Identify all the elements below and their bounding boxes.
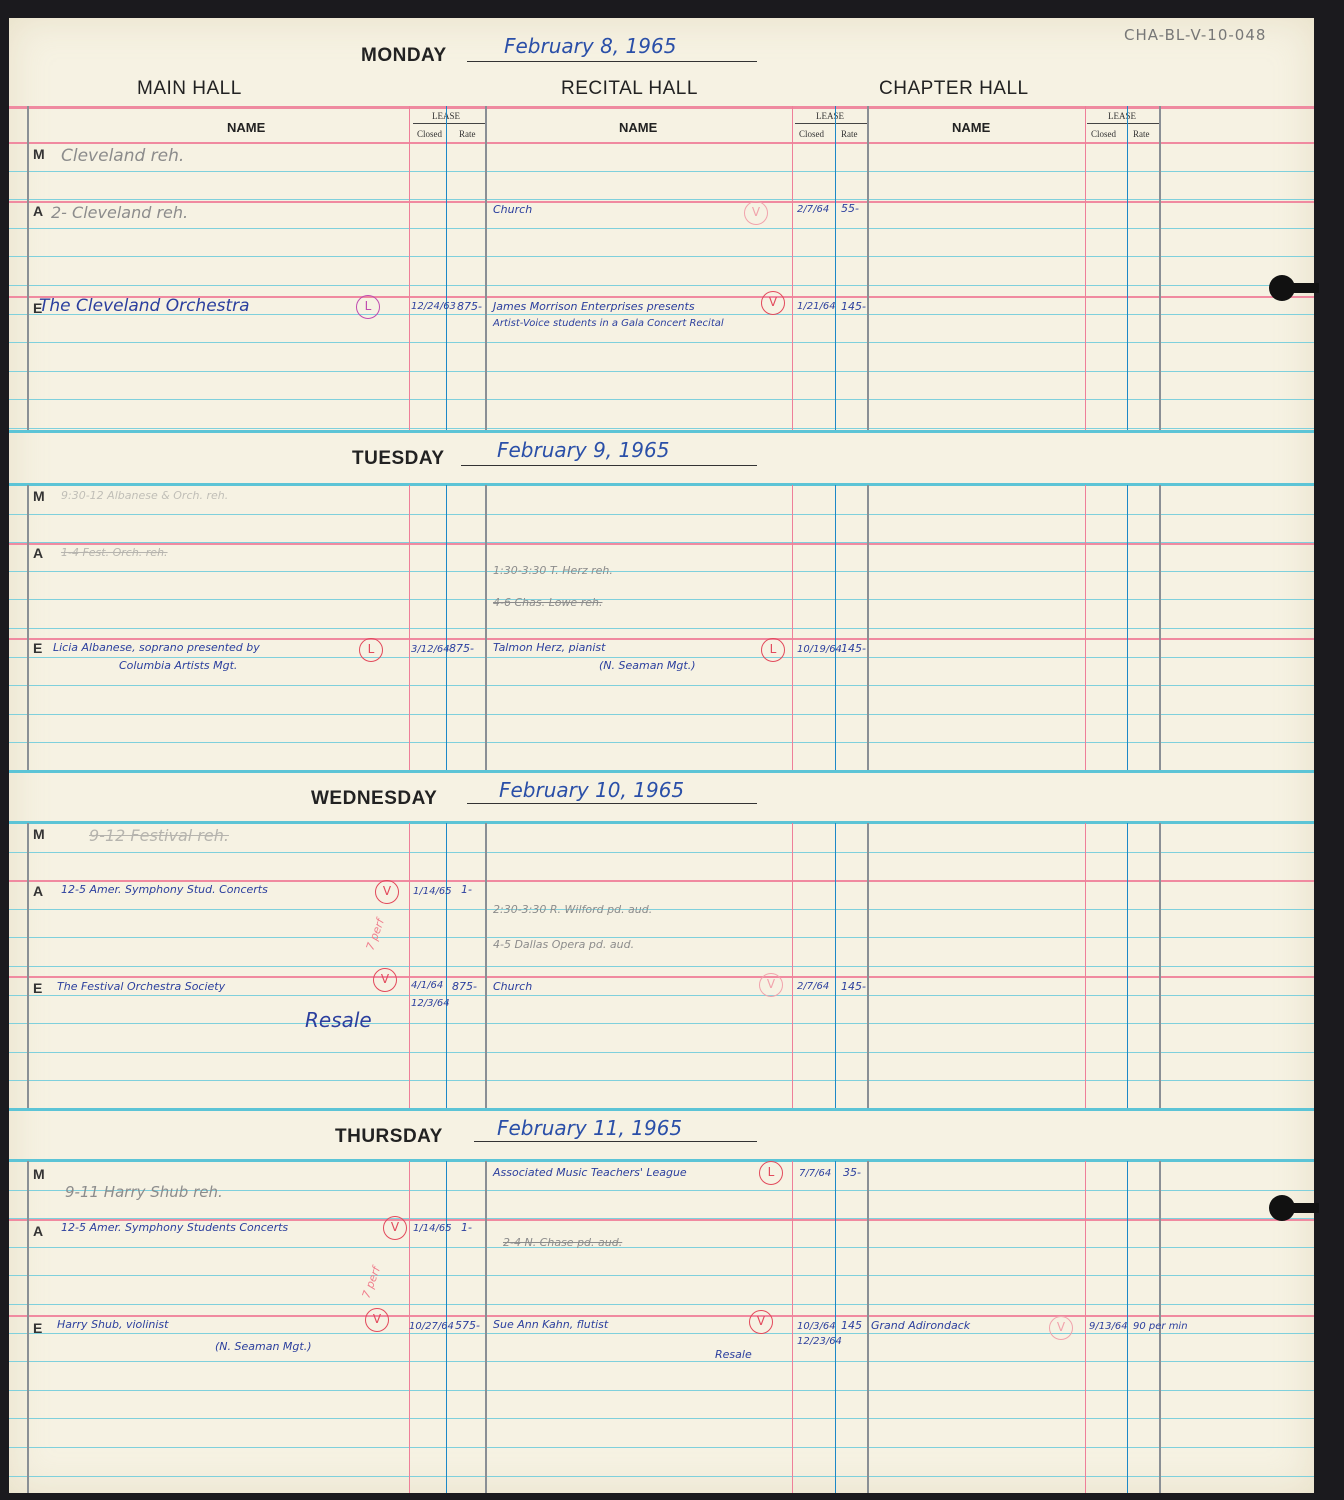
date-rule xyxy=(461,465,757,466)
lease-rule xyxy=(795,123,869,124)
entry-wed-recital-e: Church xyxy=(493,980,532,993)
rate-head-main: Rate xyxy=(459,129,476,139)
rule-line xyxy=(9,571,1314,572)
slot-letter-e: E xyxy=(33,1320,42,1336)
date-monday: February 8, 1965 xyxy=(504,34,676,58)
closed2-thu-recital-e: 12/23/64 xyxy=(797,1336,842,1347)
rule-line xyxy=(9,742,1314,743)
column-line xyxy=(792,1161,793,1493)
column-line xyxy=(446,823,447,1108)
column-line xyxy=(1085,106,1086,430)
check-mark-icon: V xyxy=(1049,1316,1073,1340)
slot-letter-a: A xyxy=(33,1223,43,1239)
rate-wed-recital-e: 145- xyxy=(841,980,866,993)
rule-line xyxy=(9,937,1314,938)
rule-line xyxy=(9,1108,1314,1111)
entry-thu-recital-e: Sue Ann Kahn, flutist xyxy=(493,1318,608,1331)
column-line xyxy=(409,823,410,1108)
column-line xyxy=(835,106,836,430)
rate-thu-chapter-e: 90 per min xyxy=(1133,1321,1188,1332)
rule-line xyxy=(9,1390,1314,1391)
rule-line xyxy=(9,514,1314,515)
column-line xyxy=(485,485,487,770)
column-line xyxy=(1127,823,1128,1108)
rate-mon-main-e: 875- xyxy=(457,300,482,313)
slot-letter-a: A xyxy=(33,883,43,899)
date-tuesday: February 9, 1965 xyxy=(497,438,669,462)
entry-wed-main-m: 9-12 Festival reh. xyxy=(89,826,229,845)
rule-line xyxy=(9,880,1314,882)
entry-thu-main-e-1: Harry Shub, violinist xyxy=(57,1318,168,1331)
entry-mon-main-e: The Cleveland Orchestra xyxy=(39,296,250,316)
column-line xyxy=(1127,485,1128,770)
closed-thu-recital-m: 7/7/64 xyxy=(799,1168,831,1179)
slot-letter-m: M xyxy=(33,488,45,504)
entry-thu-main-a: 12-5 Amer. Symphony Students Concerts xyxy=(61,1221,288,1234)
binder-notch xyxy=(1289,283,1319,293)
resale-note: Resale xyxy=(715,1348,752,1361)
closed-tue-recital-e: 10/19/64 xyxy=(797,644,842,655)
rule-line xyxy=(9,1080,1314,1081)
lease-head-chapter: LEASE xyxy=(1108,111,1136,121)
rule-line xyxy=(9,995,1314,996)
header-bottom-rule xyxy=(9,142,1314,144)
rate-wed-main-a: 1- xyxy=(461,883,472,896)
hall-title-main: MAIN HALL xyxy=(137,78,242,100)
column-line xyxy=(1085,1161,1086,1493)
rule-line xyxy=(9,483,1314,486)
check-mark-icon: V xyxy=(383,1216,407,1240)
check-mark-icon: V xyxy=(373,968,397,992)
rule-line xyxy=(9,199,1314,200)
rule-line xyxy=(9,1159,1314,1162)
rate-head-recital: Rate xyxy=(841,129,858,139)
hall-title-recital: RECITAL HALL xyxy=(561,78,698,100)
day-label-tuesday: TUESDAY xyxy=(352,448,445,470)
entry-mon-recital-e-1: James Morrison Enterprises presents xyxy=(493,300,695,313)
rule-line xyxy=(9,1315,1314,1317)
rule-line xyxy=(9,821,1314,824)
lease-head-recital: LEASE xyxy=(816,111,844,121)
day-label-thursday: THURSDAY xyxy=(335,1126,443,1148)
rule-line xyxy=(9,966,1314,967)
slot-letter-m: M xyxy=(33,826,45,842)
column-line xyxy=(792,106,793,430)
column-line xyxy=(835,823,836,1108)
slot-letter-m: M xyxy=(33,146,45,162)
check-mark-icon: V xyxy=(749,1310,773,1334)
hall-title-chapter: CHAPTER HALL xyxy=(879,78,1029,100)
rate-thu-recital-m: 35- xyxy=(843,1166,861,1179)
check-mark-icon: V xyxy=(761,291,785,315)
rate-thu-recital-e: 145 xyxy=(841,1319,862,1332)
column-line xyxy=(1159,106,1161,430)
slot-letter-a: A xyxy=(33,545,43,561)
closed-head-chapter: Closed xyxy=(1091,129,1116,139)
day-label-monday: MONDAY xyxy=(361,45,447,67)
rule-line xyxy=(9,770,1314,773)
entry-wed-recital-a-2: 4-5 Dallas Opera pd. aud. xyxy=(493,938,634,951)
rule-line xyxy=(9,1023,1314,1024)
date-rule xyxy=(467,61,757,62)
rule-line xyxy=(9,1476,1314,1477)
rate-tue-recital-e: 145- xyxy=(841,642,866,655)
rate-wed-main-e: 875- xyxy=(452,980,477,993)
closed-head-recital: Closed xyxy=(799,129,824,139)
check-mark-icon: V xyxy=(759,973,783,997)
rule-line xyxy=(9,1052,1314,1053)
column-line xyxy=(409,485,410,770)
column-line xyxy=(1085,485,1086,770)
entry-tue-main-e-2: Columbia Artists Mgt. xyxy=(119,659,237,672)
column-line xyxy=(1159,485,1161,770)
rule-line xyxy=(9,599,1314,600)
closed2-wed-main-e: 12/3/64 xyxy=(411,998,450,1009)
rate-head-chapter: Rate xyxy=(1133,129,1150,139)
column-line xyxy=(867,1161,869,1493)
rule-line xyxy=(9,638,1314,640)
entry-tue-main-a: 1-4 Fest. Orch. reh. xyxy=(61,546,168,559)
column-line xyxy=(867,106,869,430)
slot-letter-m: M xyxy=(33,1166,45,1182)
closed-mon-recital-a: 2/7/64 xyxy=(797,204,829,215)
column-line xyxy=(1159,823,1161,1108)
col-head-main-name: NAME xyxy=(227,120,265,135)
entry-wed-main-a: 12-5 Amer. Symphony Stud. Concerts xyxy=(61,883,268,896)
rule-line xyxy=(9,399,1314,400)
rule-line xyxy=(9,1418,1314,1419)
column-line xyxy=(446,106,447,430)
column-line xyxy=(1127,106,1128,430)
column-line xyxy=(835,485,836,770)
column-line xyxy=(792,485,793,770)
resale-note: Resale xyxy=(305,1008,372,1032)
closed-wed-main-a: 1/14/65 xyxy=(413,886,452,897)
date-rule xyxy=(467,803,757,804)
col-head-recital-name: NAME xyxy=(619,120,657,135)
rule-line xyxy=(9,1447,1314,1448)
ledger-page: CHA-BL-V-10-048 MONDAY February 8, 1965 … xyxy=(9,18,1314,1493)
check-mark-icon: V xyxy=(365,1308,389,1332)
entry-tue-main-e-1: Licia Albanese, soprano presented by xyxy=(53,641,260,654)
check-mark-icon: V xyxy=(744,201,768,225)
lease-mark-icon: L xyxy=(359,638,383,662)
column-line xyxy=(485,1161,487,1493)
column-line xyxy=(409,106,410,430)
rule-line xyxy=(9,1275,1314,1276)
entry-thu-recital-m: Associated Music Teachers' League xyxy=(493,1166,687,1179)
lease-rule xyxy=(413,123,487,124)
lease-rule xyxy=(1087,123,1161,124)
column-line xyxy=(27,1161,29,1493)
slot-letter-e: E xyxy=(33,980,42,996)
closed-wed-recital-e: 2/7/64 xyxy=(797,981,829,992)
date-rule xyxy=(474,1141,757,1142)
slot-letter-a: A xyxy=(33,203,43,219)
rule-line xyxy=(9,714,1314,715)
rule-line xyxy=(9,228,1314,229)
entry-mon-main-a: 2- Cleveland reh. xyxy=(51,203,188,222)
rule-line xyxy=(9,428,1314,429)
rule-line xyxy=(9,285,1314,286)
entry-thu-main-m: 9-11 Harry Shub reh. xyxy=(65,1183,223,1201)
closed-thu-chapter-e: 9/13/64 xyxy=(1089,1321,1128,1332)
entry-tue-recital-a-1: 1:30-3:30 T. Herz reh. xyxy=(493,564,613,577)
closed-thu-main-a: 1/14/65 xyxy=(413,1223,452,1234)
col-head-chapter-name: NAME xyxy=(952,120,990,135)
check-mark-icon: V xyxy=(375,880,399,904)
closed-thu-recital-e: 10/3/64 xyxy=(797,1321,836,1332)
entry-tue-recital-e-1: Talmon Herz, pianist xyxy=(493,641,605,654)
entry-tue-main-m: 9:30-12 Albanese & Orch. reh. xyxy=(61,489,228,502)
closed-wed-main-e: 4/1/64 xyxy=(411,980,443,991)
entry-thu-chapter-e: Grand Adirondack xyxy=(871,1319,970,1332)
date-thursday: February 11, 1965 xyxy=(497,1116,682,1140)
rule-line xyxy=(9,1247,1314,1248)
column-line xyxy=(446,485,447,770)
column-line xyxy=(27,485,29,770)
rule-line xyxy=(9,1361,1314,1362)
entry-tue-recital-e-2: (N. Seaman Mgt.) xyxy=(599,659,696,672)
day-label-wednesday: WEDNESDAY xyxy=(311,788,437,810)
entry-mon-recital-a: Church xyxy=(493,203,532,216)
rule-line xyxy=(9,256,1314,257)
column-line xyxy=(27,823,29,1108)
rule-line xyxy=(9,685,1314,686)
lease-mark-icon: L xyxy=(759,1161,783,1185)
slot-letter-e: E xyxy=(33,640,42,656)
column-line xyxy=(485,823,487,1108)
entry-thu-main-e-2: (N. Seaman Mgt.) xyxy=(215,1340,312,1353)
rule-line xyxy=(9,628,1314,629)
closed-tue-main-e: 3/12/64 xyxy=(411,644,450,655)
column-line xyxy=(867,823,869,1108)
column-line xyxy=(792,823,793,1108)
column-line xyxy=(485,106,487,430)
rule-line xyxy=(9,1304,1314,1305)
rate-tue-main-e: 875- xyxy=(449,642,474,655)
reference-id: CHA-BL-V-10-048 xyxy=(1124,26,1266,44)
rule-line xyxy=(9,171,1314,172)
rule-line xyxy=(9,201,1314,203)
binder-notch xyxy=(1289,1203,1319,1213)
column-line xyxy=(27,106,29,430)
column-line xyxy=(867,485,869,770)
closed-thu-main-e: 10/27/64 xyxy=(409,1321,454,1332)
rule-line xyxy=(9,430,1314,433)
entry-wed-main-e: The Festival Orchestra Society xyxy=(57,980,225,993)
entry-mon-recital-e-2: Artist-Voice students in a Gala Concert … xyxy=(493,318,724,329)
rate-mon-recital-a: 55- xyxy=(841,202,859,215)
header-rule xyxy=(9,106,1314,109)
closed-head-main: Closed xyxy=(417,129,442,139)
rate-thu-main-a: 1- xyxy=(461,1221,472,1234)
entry-wed-recital-a-1: 2:30-3:30 R. Wilford pd. aud. xyxy=(493,903,652,916)
lease-mark-icon: L xyxy=(356,295,380,319)
rule-line xyxy=(9,342,1314,343)
rule-line xyxy=(9,1333,1314,1334)
lease-mark-icon: L xyxy=(761,638,785,662)
rule-line xyxy=(9,909,1314,910)
column-line xyxy=(1085,823,1086,1108)
rule-line xyxy=(9,976,1314,978)
rate-mon-recital-e: 145- xyxy=(841,300,866,313)
entry-thu-recital-a: 2-4 N. Chase pd. aud. xyxy=(503,1236,622,1249)
rule-line xyxy=(9,657,1314,658)
performance-note: 7 perf xyxy=(364,917,387,952)
performance-note: 7 perf xyxy=(360,1265,383,1300)
date-wednesday: February 10, 1965 xyxy=(499,778,684,802)
closed-mon-recital-e: 1/21/64 xyxy=(797,301,836,312)
entry-tue-recital-a-2: 4-6 Chas. Lowe reh. xyxy=(493,596,602,609)
rule-line xyxy=(9,371,1314,372)
rule-line xyxy=(9,543,1314,545)
rule-line xyxy=(9,852,1314,853)
rate-thu-main-e: 575- xyxy=(455,1319,480,1332)
entry-mon-main-m: Cleveland reh. xyxy=(61,146,184,166)
closed-mon-main-e: 12/24/63 xyxy=(411,301,456,312)
